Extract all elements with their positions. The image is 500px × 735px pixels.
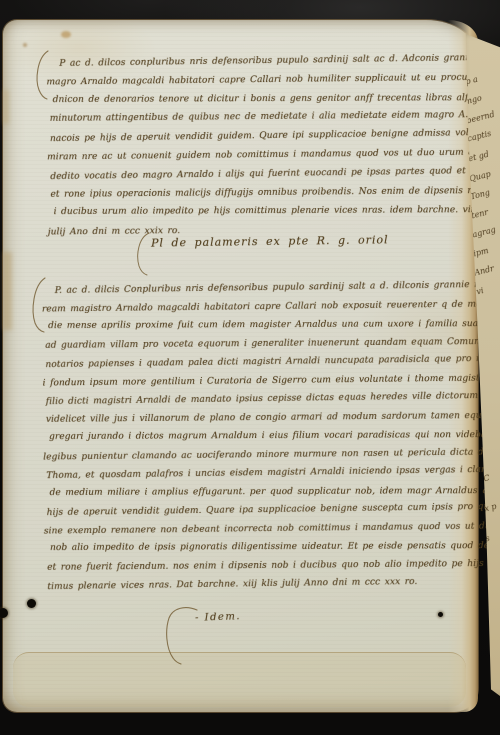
facing-page-line: vi (475, 279, 500, 297)
edge-stain (3, 90, 9, 124)
facing-page-line: Andr (473, 260, 500, 278)
corner-stain (23, 43, 27, 47)
facing-page-line: Quap (468, 166, 500, 184)
wormhole (0, 608, 8, 618)
section-heading: Pl de palameris ex pte R. g. oriol (151, 233, 389, 249)
facing-page-line: x p (483, 496, 500, 514)
flourish-mark (135, 232, 151, 276)
wormhole (438, 612, 443, 617)
bottom-stain (13, 652, 466, 707)
paragraph-2: P. ac d. dilcis Conpluribus nris defenso… (45, 277, 474, 595)
facing-page-line: et gd (467, 146, 500, 164)
paragraph-1: P ac d. dilcos conpluribus nris defensor… (49, 50, 473, 242)
facing-page-line: C (482, 466, 500, 484)
signature-idem: - Idem. (195, 611, 241, 624)
facing-page-line: beernd (465, 108, 500, 126)
facing-page-line: tenr (470, 203, 500, 221)
facing-page-line: Tong (469, 184, 500, 202)
manuscript-line: die mense aprilis proxime fuit cum idem … (48, 315, 474, 335)
facing-page-line: s (484, 526, 500, 544)
facing-page-line: captis (466, 126, 500, 144)
wormhole (27, 599, 36, 608)
manuscript-line: dnicon de denorarios tenore ut dicitur i… (53, 89, 475, 110)
facing-page-line: ipm (472, 241, 500, 259)
manuscript-line: nob alio impedito de ipsis pignoratis di… (50, 537, 476, 557)
manuscript-left-page: P ac d. dilcos conpluribus nris defensor… (3, 20, 478, 712)
photo-background: P ac d. dilcos conpluribus nris defensor… (0, 0, 500, 735)
facing-page-line: mgo (463, 89, 500, 107)
corner-stain (61, 31, 71, 38)
facing-page-line: agrag (471, 222, 500, 240)
facing-page-line: p a (464, 69, 500, 87)
edge-stain (3, 252, 12, 330)
